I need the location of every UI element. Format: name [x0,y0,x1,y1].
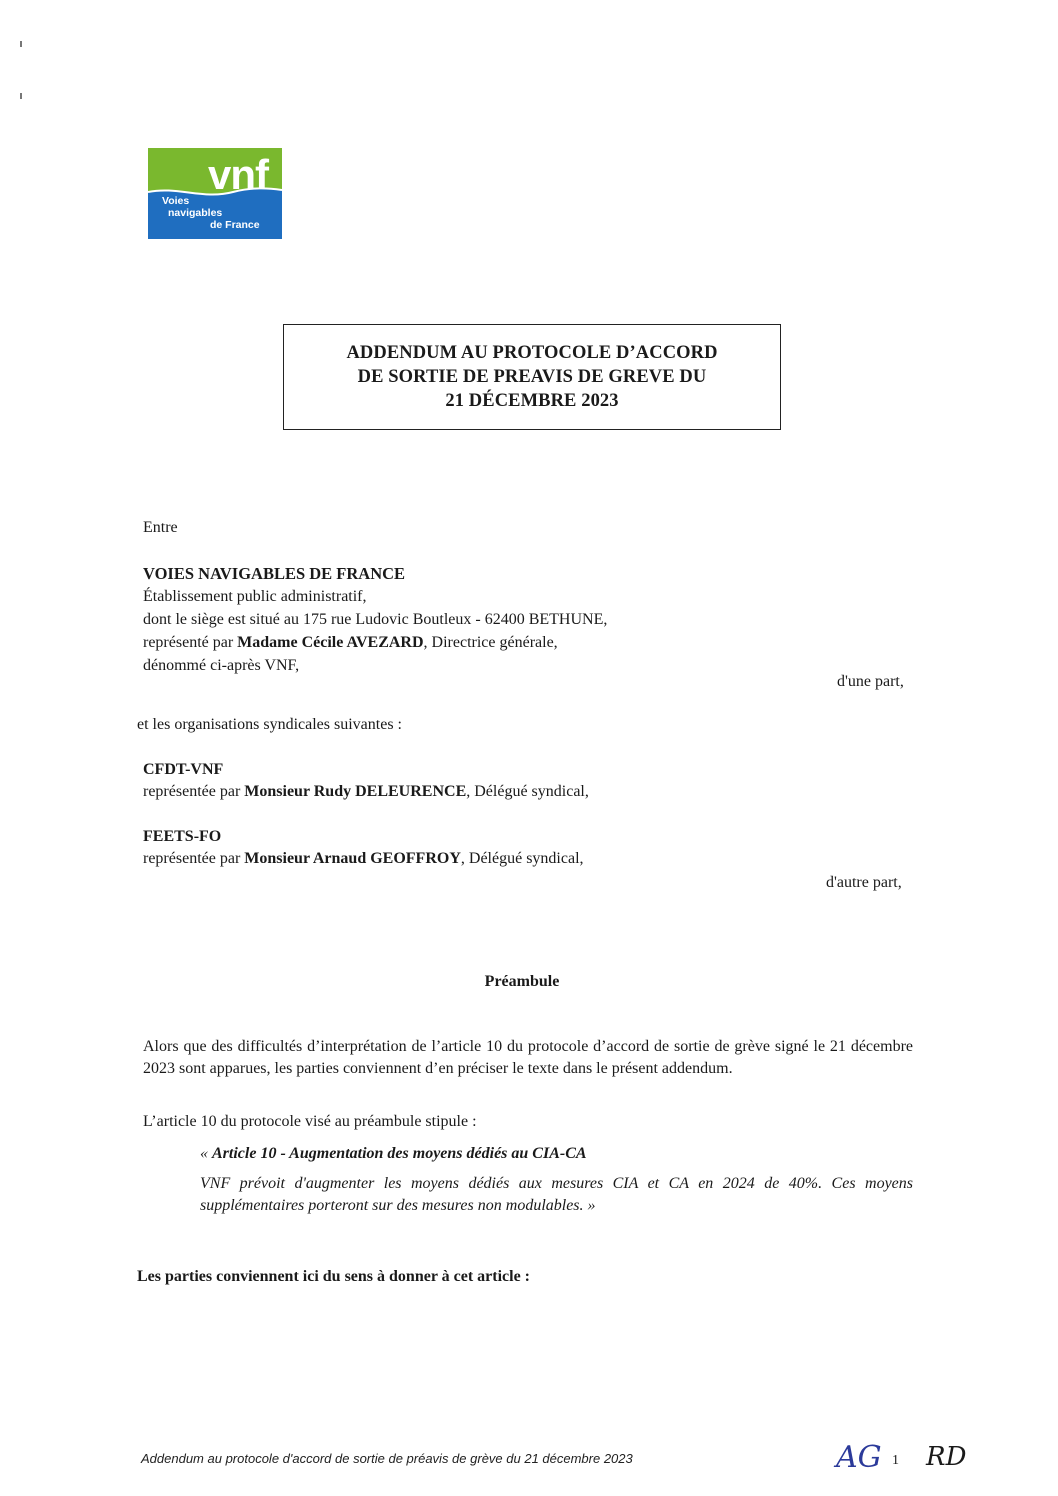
scan-mark [20,93,22,99]
article-intro: L’article 10 du protocole visé au préamb… [143,1111,477,1133]
union-1-name: CFDT-VNF [143,759,223,781]
preamble-heading: Préambule [0,971,1044,993]
vnf-name: VOIES NAVIGABLES DE FRANCE [143,563,405,585]
preamble-paragraph: Alors que des difficultés d’interprétati… [143,1036,913,1080]
union-2-rep-name: Monsieur Arnaud GEOFFROY [244,850,461,867]
logo-tagline-2: navigables [168,208,222,219]
initials-ag: AG [836,1440,882,1475]
vnf-alias: dénommé ci-après VNF, [143,655,299,677]
article-body: VNF prévoit d'augmenter les moyens dédié… [200,1173,913,1217]
second-party-label: d'autre part, [826,872,902,894]
union-2-representative: représentée par Monsieur Arnaud GEOFFROY… [143,848,584,870]
initials-rd: RD [926,1442,966,1472]
vnf-logo: vnf Voies navigables de France [148,148,282,239]
conclusion-heading: Les parties conviennent ici du sens à do… [137,1266,530,1288]
vnf-representative: représenté par Madame Cécile AVEZARD, Di… [143,632,558,654]
union-2-name: FEETS-FO [143,826,221,848]
scan-mark [20,41,22,47]
logo-brand: vnf [208,154,268,196]
document-title-box: ADDENDUM AU PROTOCOLE D’ACCORD DE SORTIE… [283,324,781,430]
title-line-1: ADDENDUM AU PROTOCOLE D’ACCORD [346,341,717,365]
title-line-2: DE SORTIE DE PREAVIS DE GREVE DU [358,365,707,389]
vnf-address: dont le siège est situé au 175 rue Ludov… [143,609,607,631]
union-1-representative: représentée par Monsieur Rudy DELEURENCE… [143,781,589,803]
parties-intro: Entre [143,517,178,539]
logo-tagline-3: de France [210,220,260,231]
page-footer: Addendum au protocole d'accord de sortie… [141,1451,633,1466]
article-title: « Article 10 - Augmentation des moyens d… [200,1143,587,1165]
title-line-3: 21 DÉCEMBRE 2023 [445,389,618,413]
unions-intro: et les organisations syndicales suivante… [137,714,402,736]
vnf-rep-name: Madame Cécile AVEZARD [237,634,423,651]
union-1-rep-name: Monsieur Rudy DELEURENCE [244,783,466,800]
logo-tagline-1: Voies [162,196,189,207]
page-number: 1 [892,1450,899,1472]
vnf-type: Établissement public administratif, [143,586,367,608]
first-party-label: d'une part, [837,671,904,693]
